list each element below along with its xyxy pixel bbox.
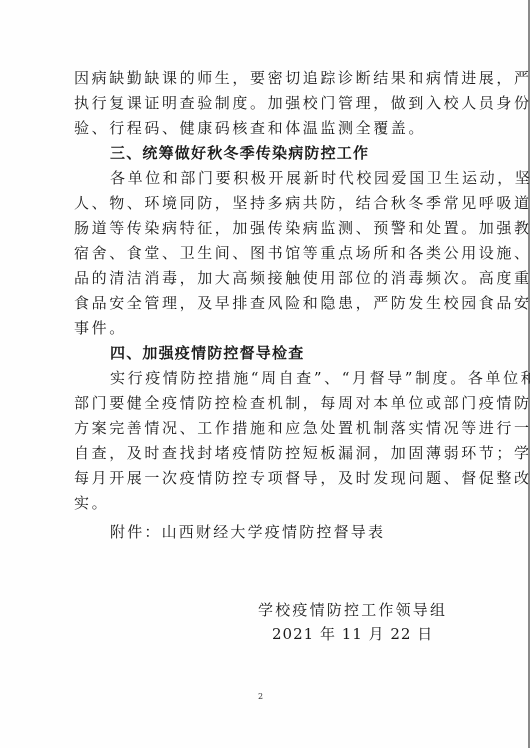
body-line: 宿舍、食堂、卫生间、图书馆等重点场所和各类公用设施、物 — [74, 241, 458, 266]
body-line: 人、物、环境同防，坚持多病共防，结合秋冬季常见呼吸道、 — [74, 191, 458, 216]
body-line: 各单位和部门要积极开展新时代校园爱国卫生运动，坚持 — [74, 166, 458, 191]
attachment-note: 附件：山西财经大学疫情防控督导表 — [110, 520, 385, 545]
document-page: 因病缺勤缺课的师生，要密切追踪诊断结果和病情进展，严格 执行复课证明查验制度。加… — [0, 0, 530, 748]
section-heading-3: 三、统筹做好秋冬季传染病防控工作 — [74, 141, 458, 166]
body-line: 食品安全管理，及早排查风险和隐患，严防发生校园食品安全 — [74, 291, 458, 316]
body-line: 肠道等传染病特征，加强传染病监测、预警和处置。加强教室、 — [74, 216, 458, 241]
page-number: 2 — [258, 692, 263, 701]
section-heading-4: 四、加强疫情防控督导检查 — [74, 341, 458, 366]
body-line: 事件。 — [74, 316, 458, 341]
signature-organization: 学校疫情防控工作领导组 — [258, 598, 447, 623]
body-line: 部门要健全疫情防控检查机制，每周对本单位或部门疫情防控 — [74, 391, 458, 416]
body-line: 执行复课证明查验制度。加强校门管理，做到入校人员身份核 — [74, 91, 458, 116]
body-line: 品的清洁消毒，加大高频接触使用部位的消毒频次。高度重视 — [74, 266, 458, 291]
body-line: 验、行程码、健康码核查和体温监测全覆盖。 — [74, 116, 458, 141]
body-line: 因病缺勤缺课的师生，要密切追踪诊断结果和病情进展，严格 — [74, 66, 458, 91]
body-line: 实行疫情防控措施“周自查”、“月督导”制度。各单位和 — [74, 366, 458, 391]
signature-date: 2021 年 11 月 22 日 — [272, 622, 433, 647]
body-line: 每月开展一次疫情防控专项督导，及时发现问题、督促整改落 — [74, 466, 458, 491]
body-line: 实。 — [74, 491, 458, 516]
body-line: 方案完善情况、工作措施和应急处置机制落实情况等进行一次 — [74, 416, 458, 441]
body-line: 自查，及时查找封堵疫情防控短板漏洞，加固薄弱环节；学校 — [74, 441, 458, 466]
document-body: 因病缺勤缺课的师生，要密切追踪诊断结果和病情进展，严格 执行复课证明查验制度。加… — [74, 66, 458, 516]
